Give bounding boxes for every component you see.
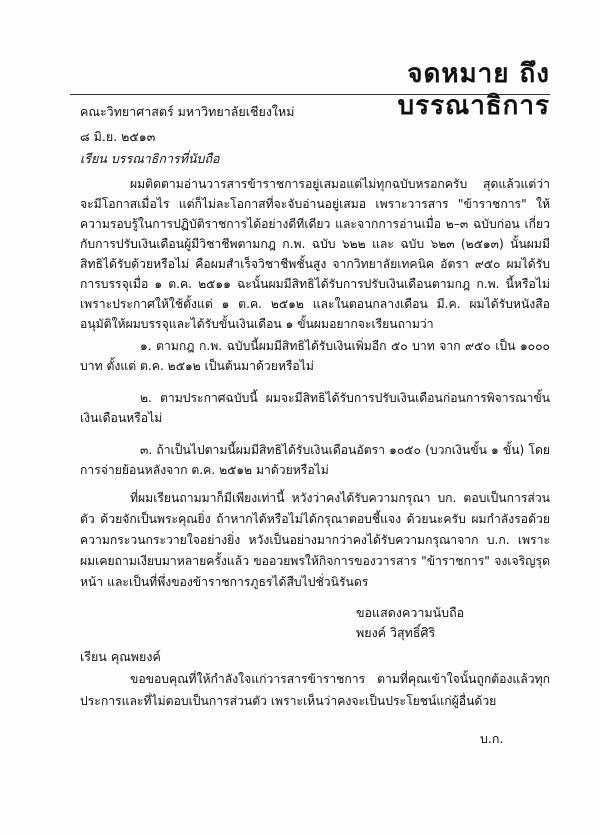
editor-initials: บ.ก. (480, 730, 503, 748)
letter-salutation: เรียน บรรณาธิการที่นับถือ (80, 150, 220, 168)
question-item: ๑. ตามกฎ ก.พ. ฉบับนี้ผมมีสิทธิได้รับเงิน… (80, 336, 550, 376)
header-divider (70, 94, 550, 95)
document-page: จดหมาย ถึงบรรณาธิการ คณะวิทยาศาสตร์ มหาว… (0, 0, 600, 834)
sender-affiliation: คณะวิทยาศาสตร์ มหาวิทยาลัยเชียงใหม่ (80, 103, 295, 121)
question-item: ๒. ตามประกาศฉบับนี้ ผมจะมีสิทธิได้รับการ… (80, 388, 550, 428)
closing-paragraph: ที่ผมเรียนถามมาก็มีเพียงเท่านี้ หวังว่าค… (80, 488, 550, 593)
letter-signoff: ขอแสดงความนับถือ (356, 604, 464, 622)
reply-salutation: เรียน คุณพยงค์ (80, 648, 161, 666)
page-title: จดหมาย ถึงบรรณาธิการ (270, 58, 550, 122)
editor-reply: ขอขอบคุณที่ให้กำลังใจแก่วารสารข้าราชการ … (80, 668, 550, 712)
reply-paragraph: ขอขอบคุณที่ให้กำลังใจแก่วารสารข้าราชการ … (80, 668, 550, 712)
letter-paragraph: ผมติดตามอ่านวารสารข้าราชการอยู่เสมอแต่ไม… (80, 174, 550, 334)
letter-date: ๘ มิ.ย. ๒๕๑๓ (80, 128, 155, 146)
question-list: ๑. ตามกฎ ก.พ. ฉบับนี้ผมมีสิทธิได้รับเงิน… (80, 336, 550, 480)
letter-closing: ที่ผมเรียนถามมาก็มีเพียงเท่านี้ หวังว่าค… (80, 488, 550, 593)
letter-body: ผมติดตามอ่านวารสารข้าราชการอยู่เสมอแต่ไม… (80, 174, 550, 334)
question-item: ๓. ถ้าเป็นไปตามนี้ผมมีสิทธิได้รับเงินเดื… (80, 440, 550, 480)
letter-signature: พยงค์ วิสุทธิ์ศิริ (356, 624, 435, 642)
